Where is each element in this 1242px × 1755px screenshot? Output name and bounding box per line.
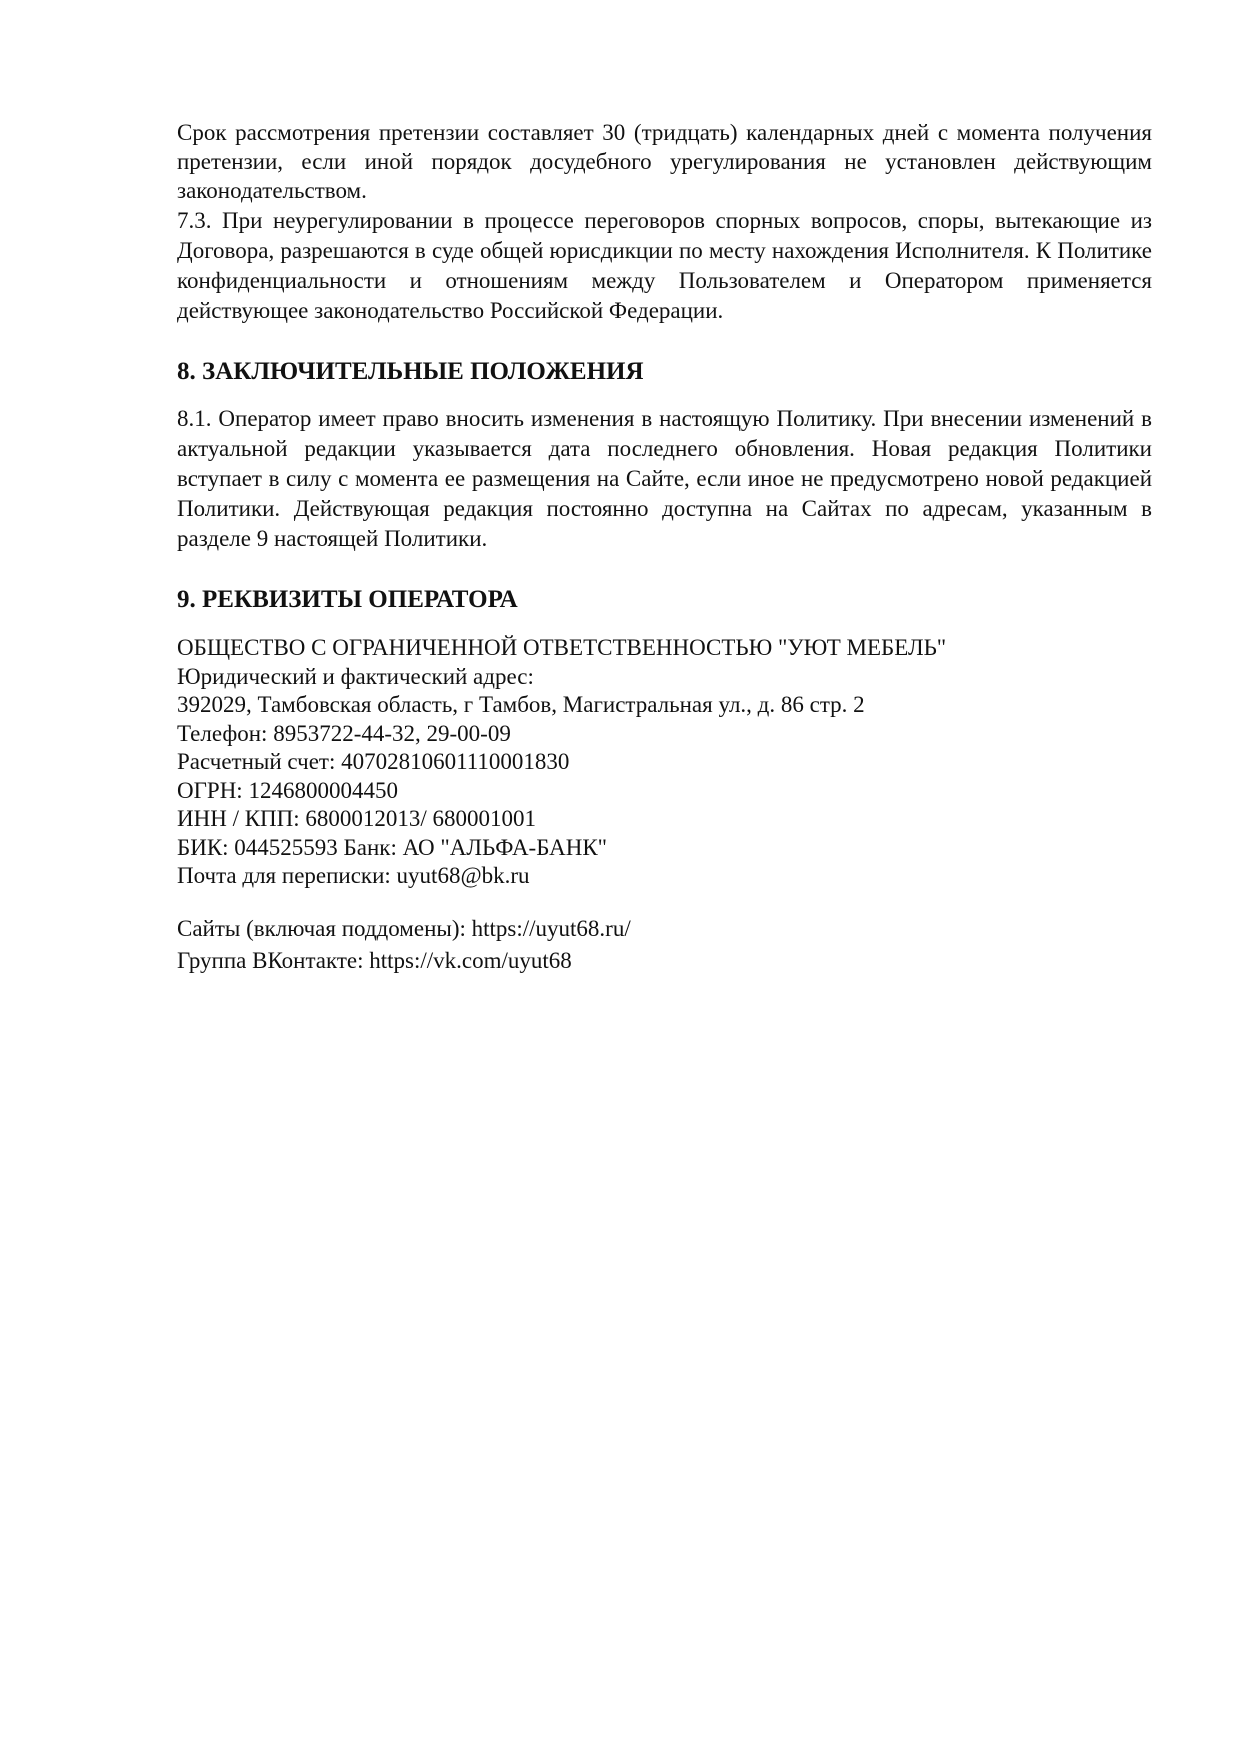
phone: Телефон: 8953722-44-32, 29-00-09	[177, 720, 1152, 749]
operator-details: ОБЩЕСТВО С ОГРАНИЧЕННОЙ ОТВЕТСТВЕННОСТЬЮ…	[177, 634, 1152, 976]
sites-link[interactable]: Сайты (включая поддомены): https://uyut6…	[177, 915, 1152, 944]
document-page: Срок рассмотрения претензии составляет 3…	[177, 118, 1152, 976]
section-8-heading: 8. ЗАКЛЮЧИТЕЛЬНЫЕ ПОЛОЖЕНИЯ	[177, 356, 1152, 388]
address-label: Юридический и фактический адрес:	[177, 663, 1152, 692]
vk-link[interactable]: Группа ВКонтакте: https://vk.com/uyut68	[177, 947, 1152, 976]
bik-bank: БИК: 044525593 Банк: АО "АЛЬФА-БАНК"	[177, 834, 1152, 863]
inn-kpp: ИНН / КПП: 6800012013/ 680001001	[177, 805, 1152, 834]
clause-8-1: 8.1. Оператор имеет право вносить измене…	[177, 404, 1152, 554]
section-9-heading: 9. РЕКВИЗИТЫ ОПЕРАТОРА	[177, 584, 1152, 616]
ogrn: ОГРН: 1246800004450	[177, 777, 1152, 806]
bank-account: Расчетный счет: 40702810601110001830	[177, 748, 1152, 777]
claim-review-paragraph: Срок рассмотрения претензии составляет 3…	[177, 118, 1152, 205]
address: 392029, Тамбовская область, г Тамбов, Ма…	[177, 691, 1152, 720]
email: Почта для переписки: uyut68@bk.ru	[177, 862, 1152, 891]
company-name: ОБЩЕСТВО С ОГРАНИЧЕННОЙ ОТВЕТСТВЕННОСТЬЮ…	[177, 634, 1152, 663]
clause-7-3: 7.3. При неурегулировании в процессе пер…	[177, 206, 1152, 326]
